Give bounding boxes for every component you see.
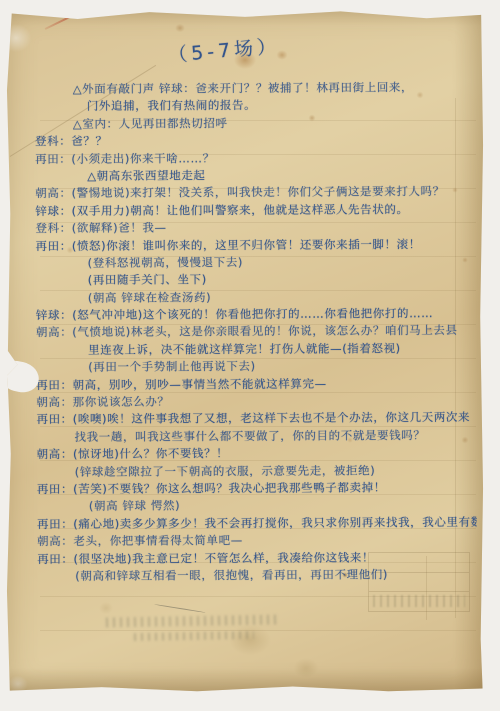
script-line: 锌球：(怒气冲冲地)这个该死的！你看他把你打的……你看他把你打的…… — [36, 307, 476, 322]
script-line: △外面有敲门声 锌球：爸来开门？？被捕了！林再田街上回来， — [73, 81, 475, 95]
script-line: 再田：(苦笑)不要钱？你这么想吗？我决心把我那些鸭子都卖掉！ — [37, 481, 477, 496]
script-line: 再田：(唉噢)唉！这件事我想了又想，老这样下去也不是个办法，你这几天两次来 — [36, 411, 476, 426]
script-line: (再田一个手势制止他再说下去) — [88, 359, 476, 373]
bleedthrough-table-rule — [369, 591, 469, 592]
script-line: 找我一趟，叫我这些事什么都不要做了，你的目的不就是要钱吗？ — [75, 429, 477, 443]
script-line: (朝高 锌球在检查汤药) — [88, 290, 476, 304]
script-line: 朝高：(气愤地说)林老头，这是你亲眼看见的！你说，该怎么办？咱们马上去县 — [36, 324, 476, 339]
script-line: 再田：朝高，别吵，别吵—事情当然不能就这样算完— — [36, 376, 476, 391]
handwritten-script-body: △外面有敲门声 锌球：爸来开门？？被捕了！林再田街上回来， 门外追捕，我们有热闹… — [35, 81, 478, 588]
bleedthrough-text-marks — [373, 595, 465, 607]
script-line: (朝高 锌球 愕然) — [89, 498, 477, 512]
script-line: 里连夜上诉，决不能就这样算完！打伤人就能—(指着怒视) — [88, 342, 476, 356]
script-line: 朝高：(警惕地说)来打架！没关系，叫我快走！你们父子俩这是要来打人吗？ — [35, 185, 475, 200]
script-line: 再田：(愤怒)你滚！谁叫你来的，这里不归你管！还要你来插一脚！滚！ — [36, 237, 476, 252]
script-line: (登科怒视朝高，慢慢退下去) — [88, 255, 476, 269]
script-line: (再田随手关门、坐下) — [88, 272, 476, 286]
script-line: 再田：(痛心地)卖多少算多少！我不会再打搅你，我只求你别再来找我，我心里有数！ — [37, 516, 477, 531]
script-line: 门外追捕，我们有热闹的报告。 — [87, 98, 475, 112]
scanned-manuscript-page: { "document": { "kind": "handwritten sta… — [0, 0, 500, 711]
paper-sheet: （5-7场） △外面有敲门声 锌球：爸来开门？？被捕了！林再田街上回来， 门外追… — [6, 8, 484, 694]
script-line: 锌球：(双手用力)朝高！让他们叫警察来，他就是这样恶人先告状的。 — [35, 203, 475, 218]
script-line: 朝高：那你说该怎么办？ — [36, 394, 476, 409]
script-line: △室内：人见再田都热切招呼 — [73, 116, 475, 130]
script-line: 朝高：(惊讶地)什么？你不要钱？！ — [37, 446, 477, 461]
script-line: 登科：爸？？ — [35, 133, 475, 148]
script-line: 登科：(欲解释)爸！我— — [35, 220, 475, 235]
script-line: (朝高和锌球互相看一眼，很抱愧，看再田，再田不理他们) — [75, 568, 477, 582]
script-line: 朝高：老头，你把事情看得太简单吧— — [37, 533, 477, 548]
script-line: 再田：(很坚决地)我主意已定！不管怎么样，我凑给你这钱来！ — [37, 550, 477, 565]
script-line: 再田：(小须走出)你来干啥……？ — [35, 150, 475, 165]
script-line: △朝高东张西望地走起 — [87, 168, 475, 182]
script-line: (锌球趁空隙拉了一下朝高的衣服，示意要先走，被拒绝) — [75, 463, 477, 477]
